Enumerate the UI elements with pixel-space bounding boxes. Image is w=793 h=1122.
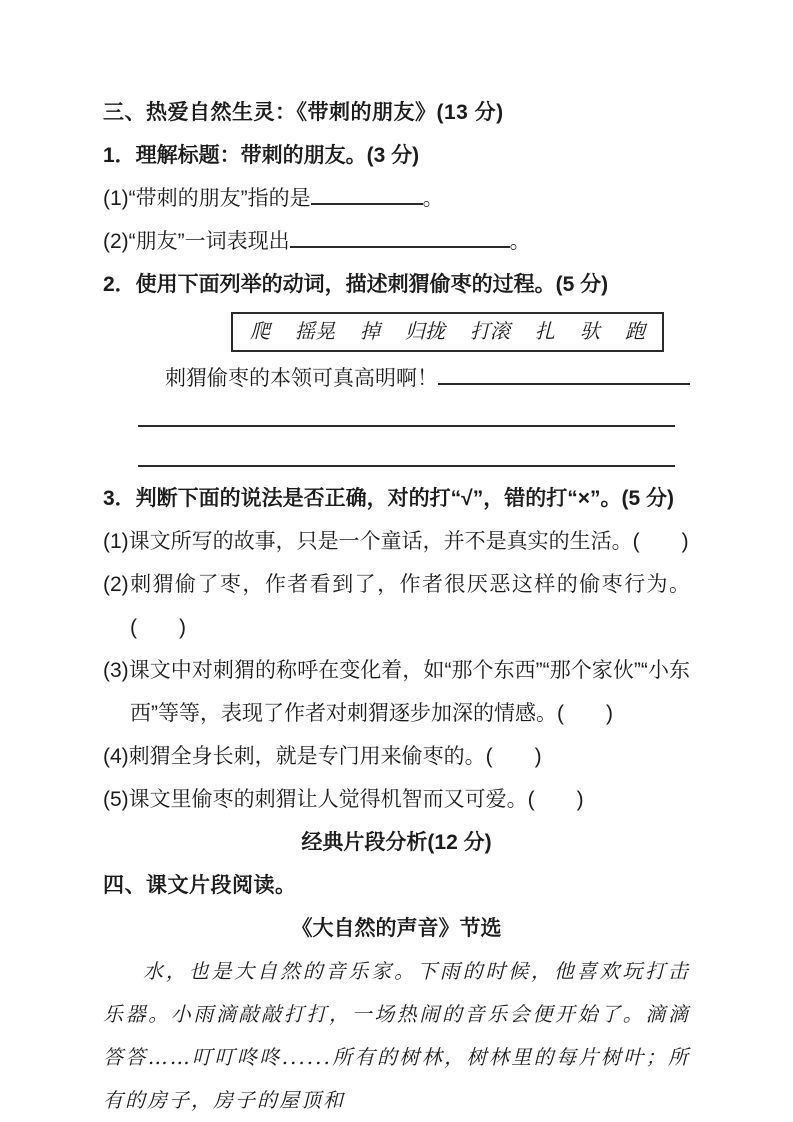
q1-sub1-text: (1)“带刺的朋友”指的是 bbox=[103, 187, 311, 210]
answer-line bbox=[138, 427, 675, 467]
judge-item-2: (2)刺猬偷了枣，作者看到了，作者很厌恶这样的偷枣行为。( ) bbox=[103, 563, 690, 649]
judge-item-5: (5)课文里偷枣的刺猬让人觉得机智而又可爱。( ) bbox=[103, 778, 690, 821]
passage-text: 水，也是大自然的音乐家。下雨的时候，他喜欢玩打击乐器。小雨滴敲敲打打，一场热闹的… bbox=[103, 950, 690, 1122]
verb-item: 摇晃 bbox=[295, 316, 335, 346]
passage-title: 《大自然的声音》节选 bbox=[103, 907, 690, 950]
q3-stem: 3．判断下面的说法是否正确，对的打“√”，错的打“×”。(5 分) bbox=[103, 477, 690, 520]
q1-sub2-period: 。 bbox=[510, 230, 531, 253]
answer-blank bbox=[290, 227, 510, 248]
q2-prompt: 刺猬偷枣的本领可真高明啊！ bbox=[165, 357, 438, 400]
q1-stem: 1．理解标题：带刺的朋友。(3 分) bbox=[103, 134, 690, 177]
verb-item: 扎 bbox=[535, 316, 555, 346]
q1-sub1: (1)“带刺的朋友”指的是。 bbox=[103, 177, 690, 220]
verb-item: 掉 bbox=[360, 316, 380, 346]
judge-item-4: (4)刺猬全身长刺，就是专门用来偷枣的。( ) bbox=[103, 735, 690, 778]
answer-line bbox=[138, 400, 675, 427]
q1-sub1-period: 。 bbox=[423, 187, 444, 210]
q3-block: 3．判断下面的说法是否正确，对的打“√”，错的打“×”。(5 分) (1)课文所… bbox=[103, 477, 690, 821]
section4-heading: 四、课文片段阅读。 bbox=[103, 864, 690, 907]
verb-item: 驮 bbox=[580, 316, 600, 346]
judge-item-1: (1)课文所写的故事，只是一个童话，并不是真实的生活。( ) bbox=[103, 520, 690, 563]
verb-item: 爬 bbox=[250, 316, 270, 346]
verb-item: 跑 bbox=[625, 316, 645, 346]
q1-sub2-text: (2)“朋友”一词表现出 bbox=[103, 230, 290, 253]
answer-blank bbox=[438, 364, 690, 385]
judge-item-3: (3)课文中对刺猬的称呼在变化着，如“那个东西”“那个家伙”“小东西”等等，表现… bbox=[103, 649, 690, 735]
section4-banner: 经典片段分析(12 分) bbox=[103, 821, 690, 864]
q2-stem: 2．使用下面列举的动词，描述刺猬偷枣的过程。(5 分) bbox=[103, 263, 690, 306]
verb-word-bank: 爬 摇晃 掉 归拢 打滚 扎 驮 跑 bbox=[231, 312, 664, 352]
exam-page: 三、热爱自然生灵：《带刺的朋友》(13 分) 1．理解标题：带刺的朋友。(3 分… bbox=[0, 0, 793, 1122]
q2-prompt-row: 刺猬偷枣的本领可真高明啊！ bbox=[165, 357, 690, 400]
section3-heading: 三、热爱自然生灵：《带刺的朋友》(13 分) bbox=[103, 91, 690, 134]
q1-sub2: (2)“朋友”一词表现出。 bbox=[103, 220, 690, 263]
verb-item: 归拢 bbox=[405, 316, 445, 346]
answer-blank bbox=[311, 184, 423, 205]
verb-item: 打滚 bbox=[470, 316, 510, 346]
